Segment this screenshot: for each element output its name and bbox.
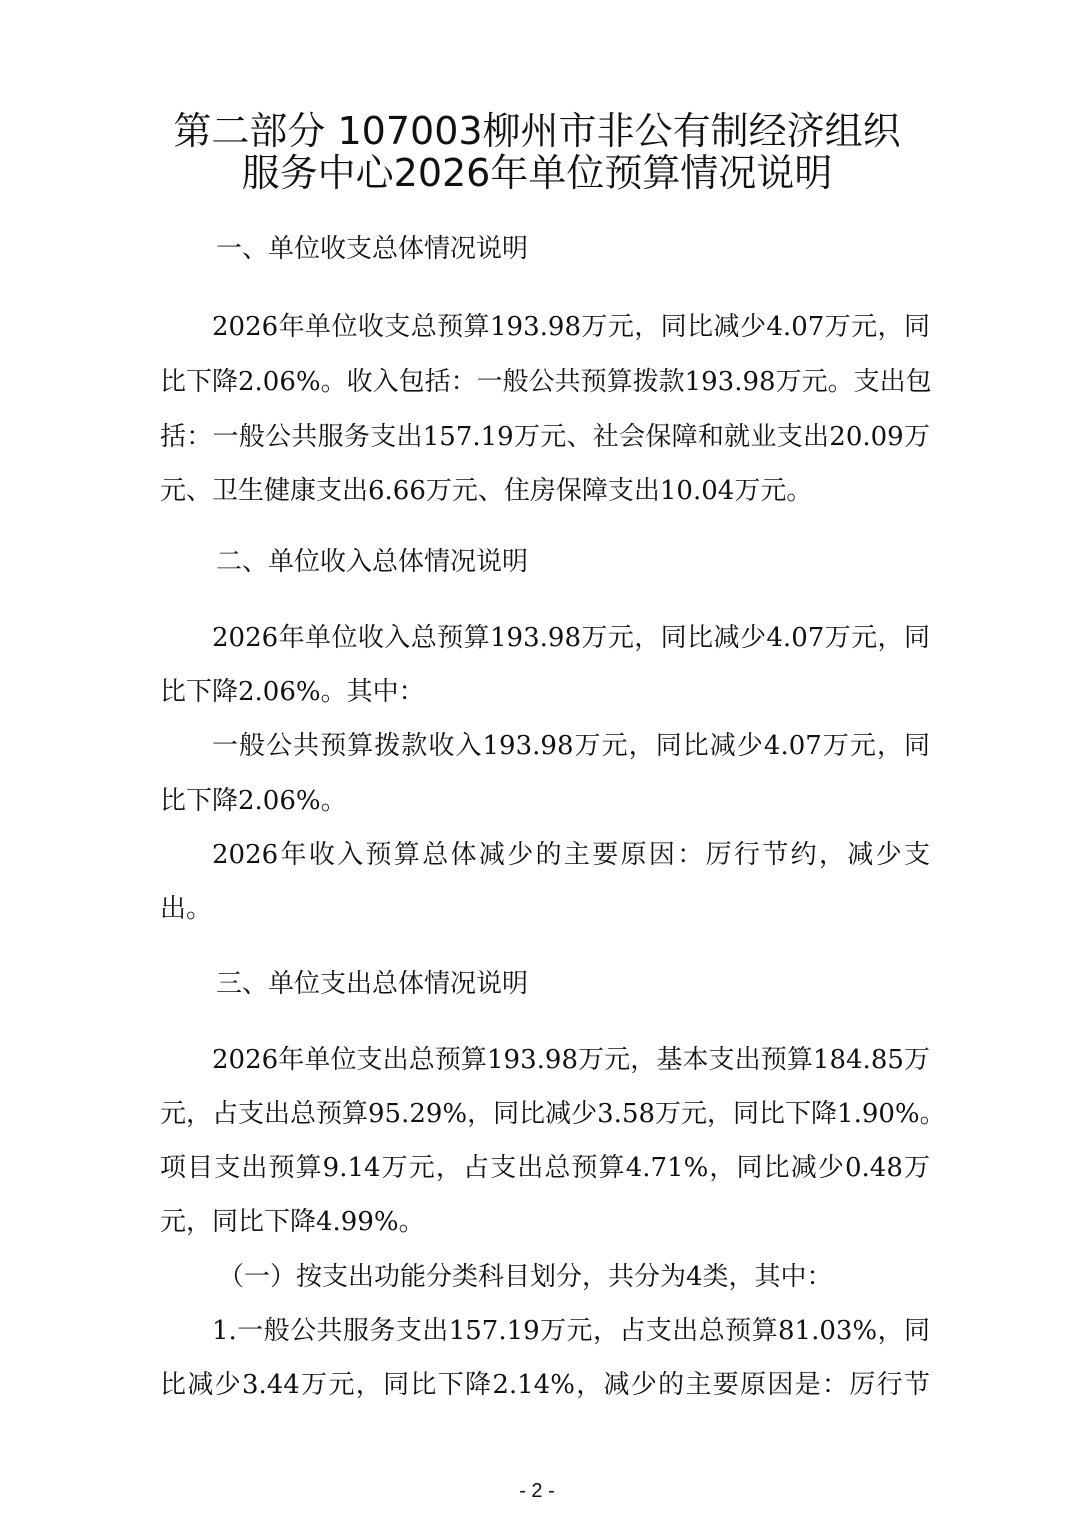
paragraph-line: 出。	[160, 894, 930, 924]
page-number: - 2 -	[0, 1480, 1074, 1503]
paragraph-line: 元，同比下降4.99%。	[160, 1207, 930, 1237]
section-heading-1: 一、单位收支总体情况说明	[216, 234, 528, 264]
paragraph-line: 1.一般公共服务支出157.19万元，占支出总预算81.03%，同	[212, 1316, 930, 1346]
section-heading-3: 三、单位支出总体情况说明	[216, 969, 528, 999]
subsection-heading: （一）按支出功能分类科目划分，共分为4类，其中：	[218, 1262, 988, 1292]
paragraph-line: 2026年单位支出总预算193.98万元，基本支出预算184.85万	[212, 1045, 930, 1075]
document-title-line-2: 服务中心2026年单位预算情况说明	[0, 150, 1074, 196]
paragraph-line: 元、卫生健康支出6.66万元、住房保障支出10.04万元。	[160, 476, 930, 506]
section-heading-2: 二、单位收入总体情况说明	[216, 547, 528, 577]
paragraph-line: 项目支出预算9.14万元，占支出总预算4.71%，同比减少0.48万	[160, 1153, 930, 1183]
paragraph-line: 比下降2.06%。	[160, 786, 930, 816]
paragraph-line: 2026年收入预算总体减少的主要原因：厉行节约，减少支	[212, 840, 930, 870]
document-page: 第二部分 107003柳州市非公有制经济组织 服务中心2026年单位预算情况说明…	[0, 0, 1074, 1520]
paragraph-line: 2026年单位收入总预算193.98万元，同比减少4.07万元，同	[212, 623, 930, 653]
paragraph-line: 元，占支出总预算95.29%，同比减少3.58万元，同比下降1.90%。	[160, 1099, 930, 1129]
paragraph-line: 比下降2.06%。收入包括：一般公共预算拨款193.98万元。支出包	[160, 367, 930, 397]
document-title-line-1: 第二部分 107003柳州市非公有制经济组织	[0, 108, 1074, 154]
paragraph-line: 比减少3.44万元，同比下降2.14%，减少的主要原因是：厉行节	[160, 1370, 930, 1400]
paragraph-line: 比下降2.06%。其中：	[160, 677, 930, 707]
paragraph-line: 括：一般公共服务支出157.19万元、社会保障和就业支出20.09万	[160, 422, 930, 452]
paragraph-line: 一般公共预算拨款收入193.98万元，同比减少4.07万元，同	[212, 731, 930, 761]
paragraph-line: 2026年单位收支总预算193.98万元，同比减少4.07万元，同	[212, 312, 930, 342]
